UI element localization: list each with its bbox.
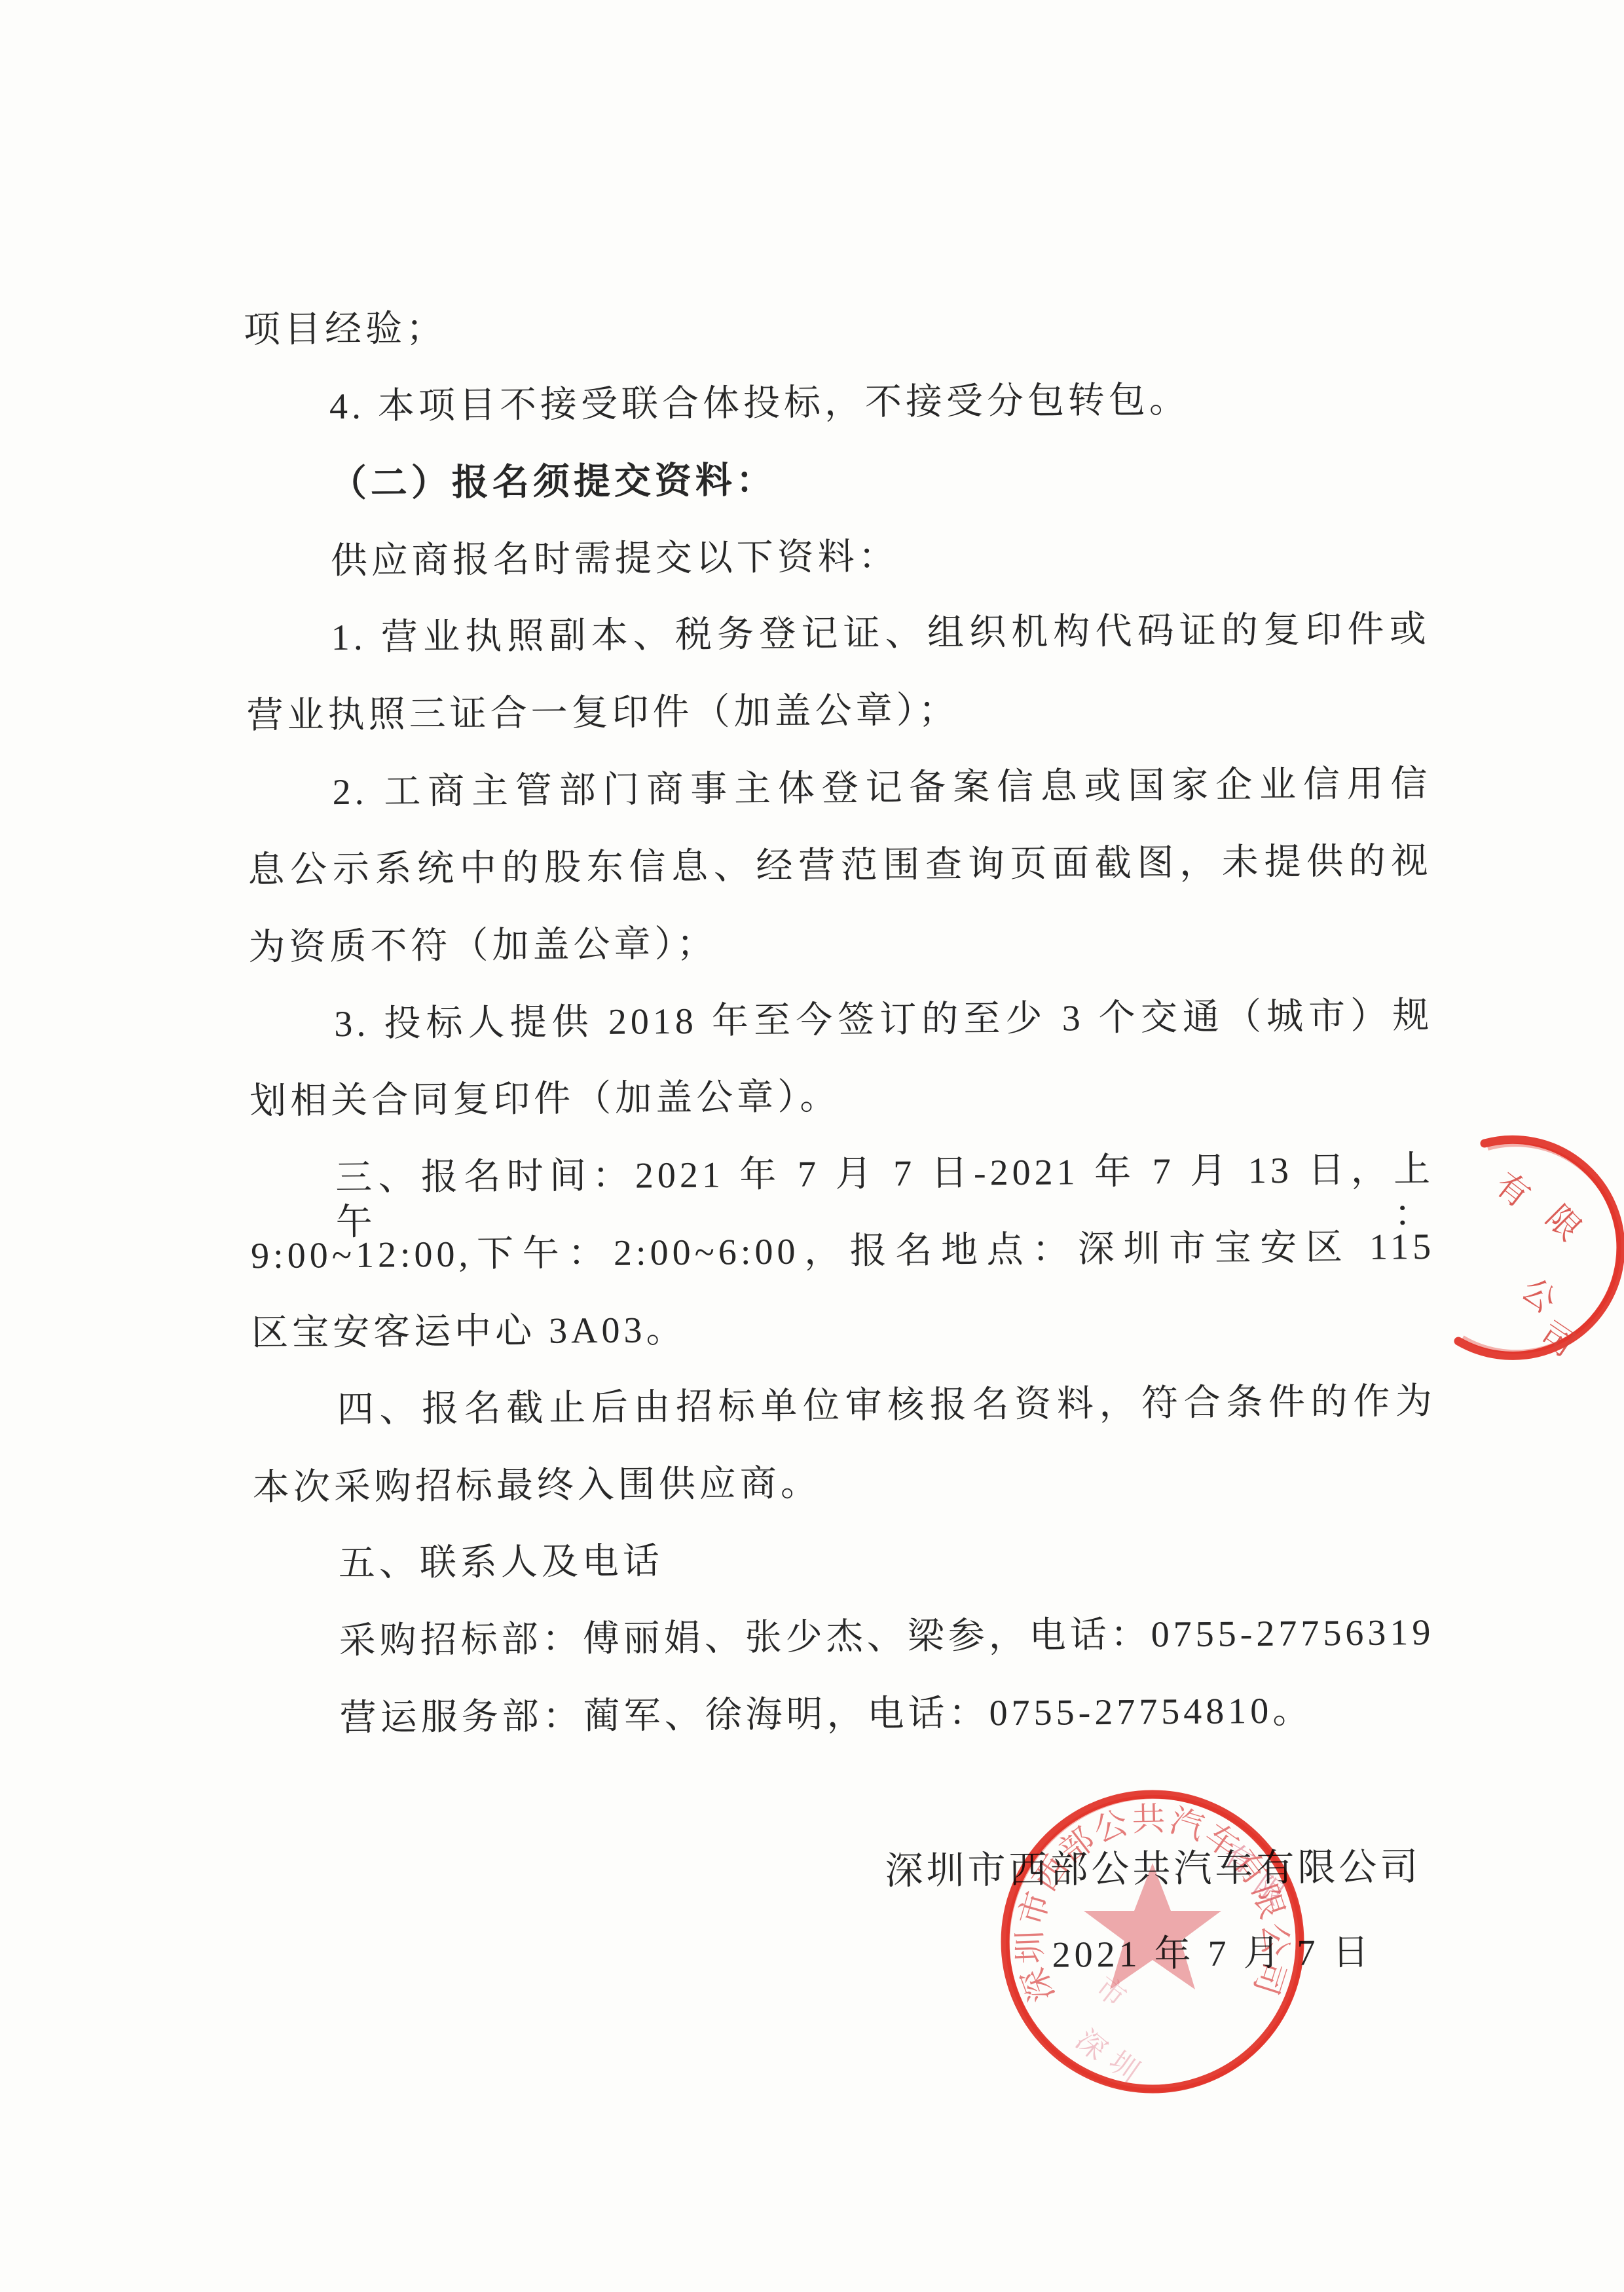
text-line: 营业执照三证合一复印件（加盖公章）； <box>246 684 1430 739</box>
text-line: 3. 投标人提供 2018 年至今签订的至少 3 个交通（城市）规 <box>249 993 1433 1048</box>
text-line: 本次采购招标最终入围供应商。 <box>253 1456 1437 1511</box>
text-line: 供应商报名时需提交以下资料： <box>246 530 1430 585</box>
section-heading: （二）报名须提交资料： <box>245 453 1429 508</box>
signature-date: 2021 年 7 月 7 日 <box>1052 1923 1373 1978</box>
contact-line-operations: 营运服务部：蔺军、徐海明，电话：0755-27754810。 <box>254 1688 1438 1742</box>
text-line: 划相关合同复印件（加盖公章）。 <box>249 1070 1433 1124</box>
contact-heading: 五、联系人及电话 <box>253 1533 1437 1587</box>
text-line: 项目经验； <box>244 299 1428 353</box>
text-line: 为资质不符（加盖公章）； <box>248 916 1432 970</box>
document-body: 项目经验； 4. 本项目不接受联合体投标，不接受分包转包。 （二）报名须提交资料… <box>0 0 1624 2292</box>
signature-company: 深圳市西部公共汽车有限公司 <box>885 1836 1422 1895</box>
text-line: 四、报名截止后由招标单位审核报名资料，符合条件的作为 <box>252 1379 1436 1433</box>
text-line: 区宝安客运中心 3A03。 <box>251 1302 1435 1356</box>
text-line: 2. 工商主管部门商事主体登记备案信息或国家企业信用信 <box>247 762 1431 816</box>
text-line: 息公示系统中的股东信息、经营范围查询页面截图，未提供的视 <box>248 839 1431 893</box>
registration-place-line: 9:00~12:00,下午：2:00~6:00，报名地点：深圳市宝安区 115 <box>251 1225 1435 1279</box>
text-line: 1. 营业执照副本、税务登记证、组织机构代码证的复印件或 <box>246 607 1430 661</box>
contact-line-procurement: 采购招标部：傅丽娟、张少杰、梁参，电话：0755-27756319 <box>253 1610 1437 1665</box>
text-line: 4. 本项目不接受联合体投标，不接受分包转包。 <box>244 376 1428 430</box>
scanned-document-page: 项目经验； 4. 本项目不接受联合体投标，不接受分包转包。 （二）报名须提交资料… <box>0 0 1624 2292</box>
